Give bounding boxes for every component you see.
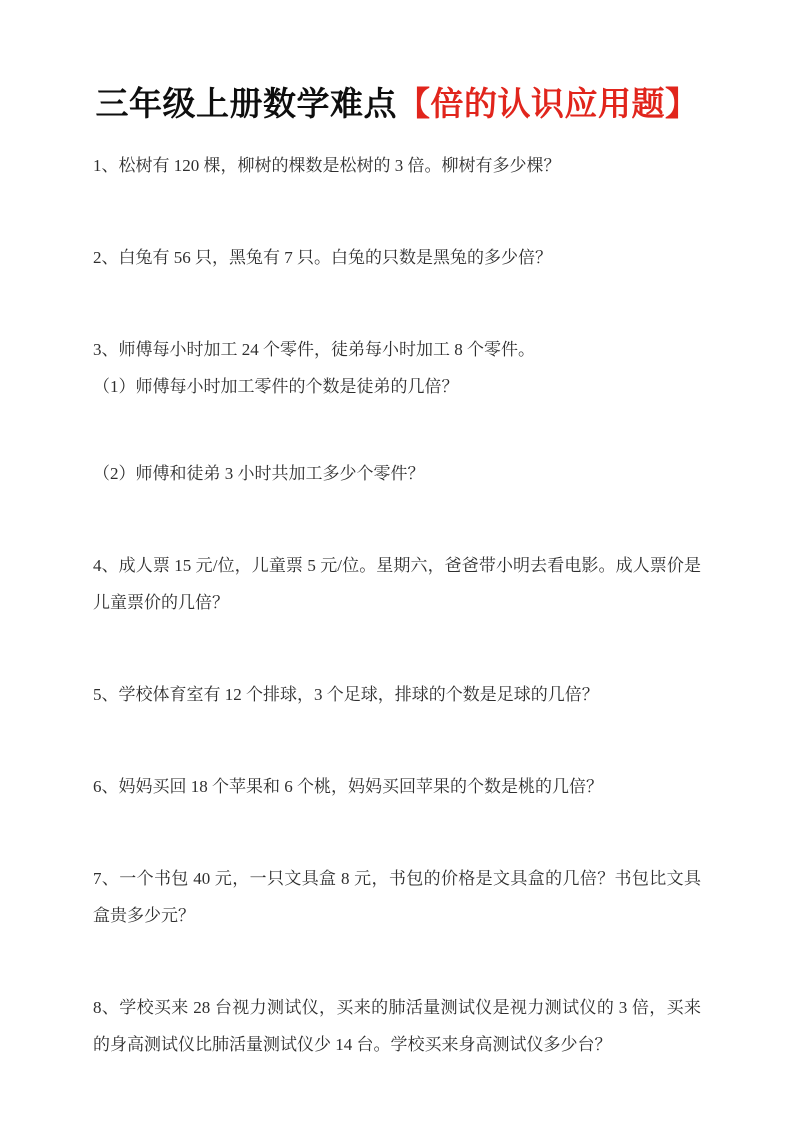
- question-2: 2、白兔有 56 只，黑兔有 7 只。白兔的只数是黑兔的多少倍？: [93, 239, 701, 276]
- page-title-main: 三年级上册数学难点: [96, 85, 398, 122]
- question-3-part-2: （2）师傅和徒弟 3 小时共加工多少个零件？: [93, 455, 701, 492]
- question-7: 7、一个书包 40 元，一只文具盒 8 元，书包的价格是文具盒的几倍？书包比文具…: [93, 860, 701, 934]
- page-title: 三年级上册数学难点【倍的认识应用题】: [73, 84, 721, 124]
- question-8: 8、学校买来 28 台视力测试仪，买来的肺活量测试仪是视力测试仪的 3 倍，买来…: [93, 989, 701, 1063]
- page-title-highlight: 【倍的认识应用题】: [397, 85, 699, 122]
- question-5: 5、学校体育室有 12 个排球，3 个足球，排球的个数是足球的几倍？: [93, 676, 701, 713]
- question-4: 4、成人票 15 元/位，儿童票 5 元/位。星期六，爸爸带小明去看电影。成人票…: [93, 547, 701, 621]
- question-6: 6、妈妈买回 18 个苹果和 6 个桃，妈妈买回苹果的个数是桃的几倍？: [93, 768, 701, 805]
- question-3: 3、师傅每小时加工 24 个零件，徒弟每小时加工 8 个零件。: [93, 331, 701, 368]
- question-1: 1、松树有 120 棵，柳树的棵数是松树的 3 倍。柳树有多少棵？: [93, 147, 701, 184]
- question-3-part-1: （1）师傅每小时加工零件的个数是徒弟的几倍？: [93, 368, 701, 405]
- worksheet-page: 三年级上册数学难点【倍的认识应用题】 1、松树有 120 棵，柳树的棵数是松树的…: [0, 0, 793, 1122]
